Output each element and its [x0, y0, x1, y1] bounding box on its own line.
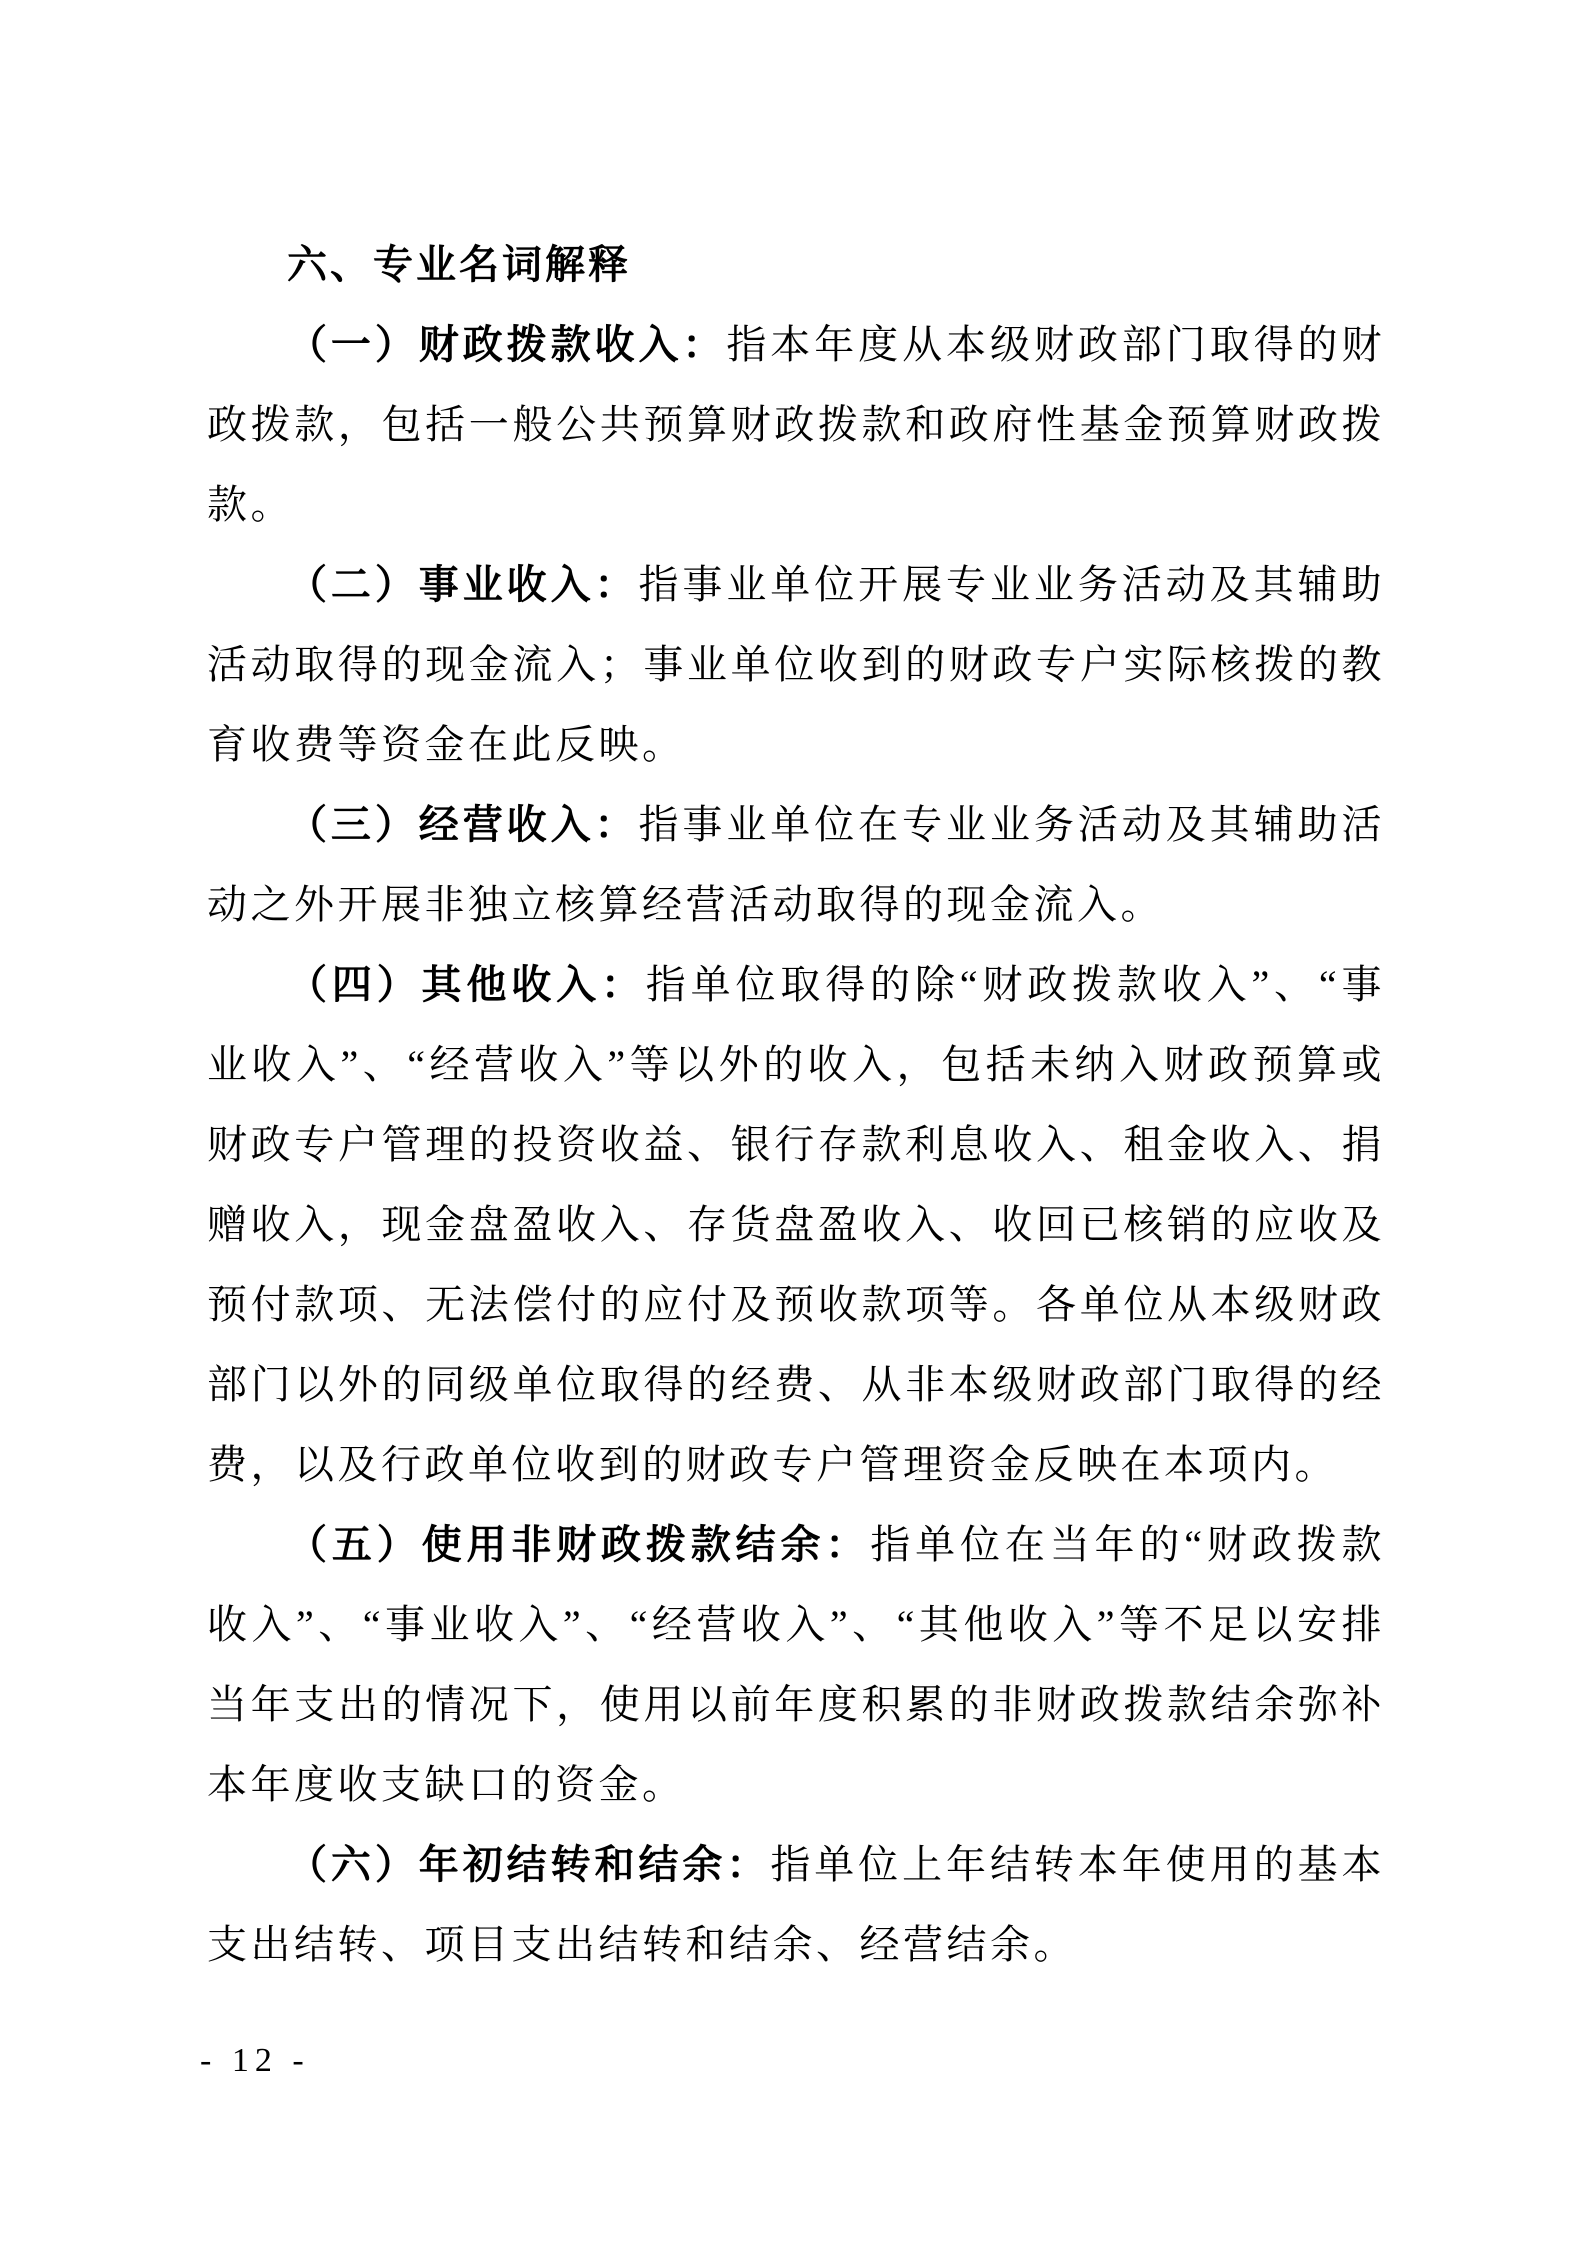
page-number: - 12 -	[200, 2042, 310, 2080]
definition-paragraph-other-income: （四）其他收入：指单位取得的除“财政拨款收入”、“事业收入”、“经营收入”等以外…	[207, 945, 1385, 1505]
term-label: （一）财政拨款收入：	[287, 322, 726, 367]
page-content: 六、专业名词解释 （一）财政拨款收入：指本年度从本级财政部门取得的财政拨款，包括…	[207, 225, 1385, 1985]
term-label: （二）事业收入：	[287, 562, 639, 607]
term-label: （五）使用非财政拨款结余：	[287, 1522, 870, 1567]
section-heading: 六、专业名词解释	[207, 225, 1385, 305]
term-label: （三）经营收入：	[287, 802, 639, 847]
term-label: （六）年初结转和结余：	[287, 1842, 770, 1887]
definition-paragraph-beginning-year-carryover: （六）年初结转和结余：指单位上年结转本年使用的基本支出结转、项目支出结转和结余、…	[207, 1825, 1385, 1985]
term-definition: 指单位取得的除“财政拨款收入”、“事业收入”、“经营收入”等以外的收入，包括未纳…	[207, 962, 1385, 1487]
document-page: 六、专业名词解释 （一）财政拨款收入：指本年度从本级财政部门取得的财政拨款，包括…	[0, 0, 1587, 2245]
definition-paragraph-business-income: （三）经营收入：指事业单位在专业业务活动及其辅助活动之外开展非独立核算经营活动取…	[207, 785, 1385, 945]
definition-paragraph-fiscal-appropriation-income: （一）财政拨款收入：指本年度从本级财政部门取得的财政拨款，包括一般公共预算财政拨…	[207, 305, 1385, 545]
term-label: （四）其他收入：	[287, 962, 646, 1007]
definition-paragraph-use-of-non-fiscal-balance: （五）使用非财政拨款结余：指单位在当年的“财政拨款收入”、“事业收入”、“经营收…	[207, 1505, 1385, 1825]
definition-paragraph-operating-income-of-institutions: （二）事业收入：指事业单位开展专业业务活动及其辅助活动取得的现金流入；事业单位收…	[207, 545, 1385, 785]
